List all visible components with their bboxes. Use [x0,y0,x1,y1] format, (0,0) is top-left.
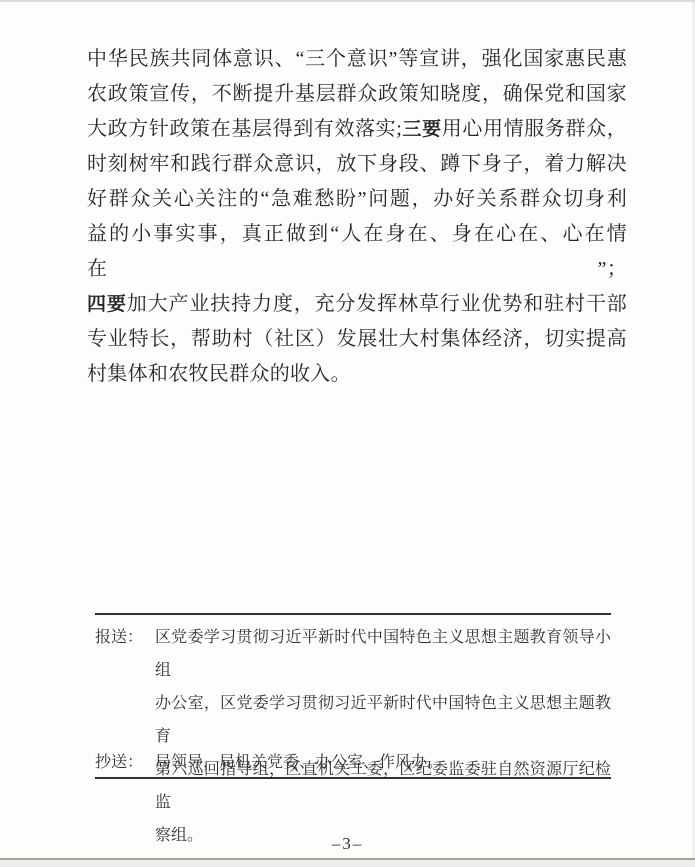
body-run: 时刻树牢和践行群众意识，放下身段、蹲下身子，着力解决 [87,153,627,175]
body-run: 用心用情服务群众， [442,118,627,140]
chaosong-text: 局领导，局机关党委、办公室、作风办。 [155,746,611,779]
body-run: 好群众关心关注的“急难愁盼”问题，办好关系群众切身利 [87,188,627,210]
body-run-bold: 三要 [402,119,442,140]
body-line: 村集体和农牧民群众的收入。 [87,357,627,392]
body-line: 大政方针政策在基层得到有效落实;三要用心用情服务群众， [87,112,627,147]
document-page: 中华民族共同体意识、“三个意识”等宣讲，强化国家惠民惠农政策宣传，不断提升基层群… [0,0,695,867]
body-line: 时刻树牢和践行群众意识，放下身段、蹲下身子，着力解决 [87,147,627,182]
distribution-top-rule [95,613,611,615]
body-run: 专业特长，帮助村（社区）发展壮大村集体经济，切实提高 [87,328,627,350]
body-run: 中华民族共同体意识、“三个意识”等宣讲，强化国家惠民惠 [87,48,627,70]
baosong-line: 办公室，区党委学习贯彻习近平新时代中国特色主义思想主题教育 [155,687,611,753]
body-run: 益的小事实事，真正做到“人在身在、身在心在、心在情在”； [87,223,627,280]
body-line: 专业特长，帮助村（社区）发展壮大村集体经济，切实提高 [87,322,627,357]
body-run: 农政策宣传，不断提升基层群众政策知晓度，确保党和国家 [87,83,627,105]
body-run: 加大产业扶持力度，充分发挥林草行业优势和驻村干部 [127,293,627,315]
chaosong-label: 抄送： [95,746,155,779]
chaosong-row: 抄送： 局领导，局机关党委、办公室、作风办。 [95,746,627,779]
body-run-bold: 四要 [87,294,127,315]
body-paragraph: 中华民族共同体意识、“三个意识”等宣讲，强化国家惠民惠农政策宣传，不断提升基层群… [87,42,627,392]
distribution-bottom-rule [95,777,611,779]
body-run: 大政方针政策在基层得到有效落实; [87,118,402,140]
page-number: –3– [0,834,695,854]
body-line: 四要加大产业扶持力度，充分发挥林草行业优势和驻村干部 [87,287,627,322]
baosong-line: 区党委学习贯彻习近平新时代中国特色主义思想主题教育领导小组 [155,621,611,687]
body-line: 农政策宣传，不断提升基层群众政策知晓度，确保党和国家 [87,77,627,112]
scan-edge-bottom [0,858,695,867]
body-run: 村集体和农牧民群众的收入。 [87,363,351,385]
baosong-label: 报送： [95,621,155,852]
chaosong-content: 局领导，局机关党委、办公室、作风办。 [155,746,611,779]
body-line: 益的小事实事，真正做到“人在身在、身在心在、心在情在”； [87,217,627,287]
baosong-content: 区党委学习贯彻习近平新时代中国特色主义思想主题教育领导小组办公室，区党委学习贯彻… [155,621,611,852]
body-line: 中华民族共同体意识、“三个意识”等宣讲，强化国家惠民惠 [87,42,627,77]
baosong-row: 报送： 区党委学习贯彻习近平新时代中国特色主义思想主题教育领导小组办公室，区党委… [95,621,627,852]
body-line: 好群众关心关注的“急难愁盼”问题，办好关系群众切身利 [87,182,627,217]
